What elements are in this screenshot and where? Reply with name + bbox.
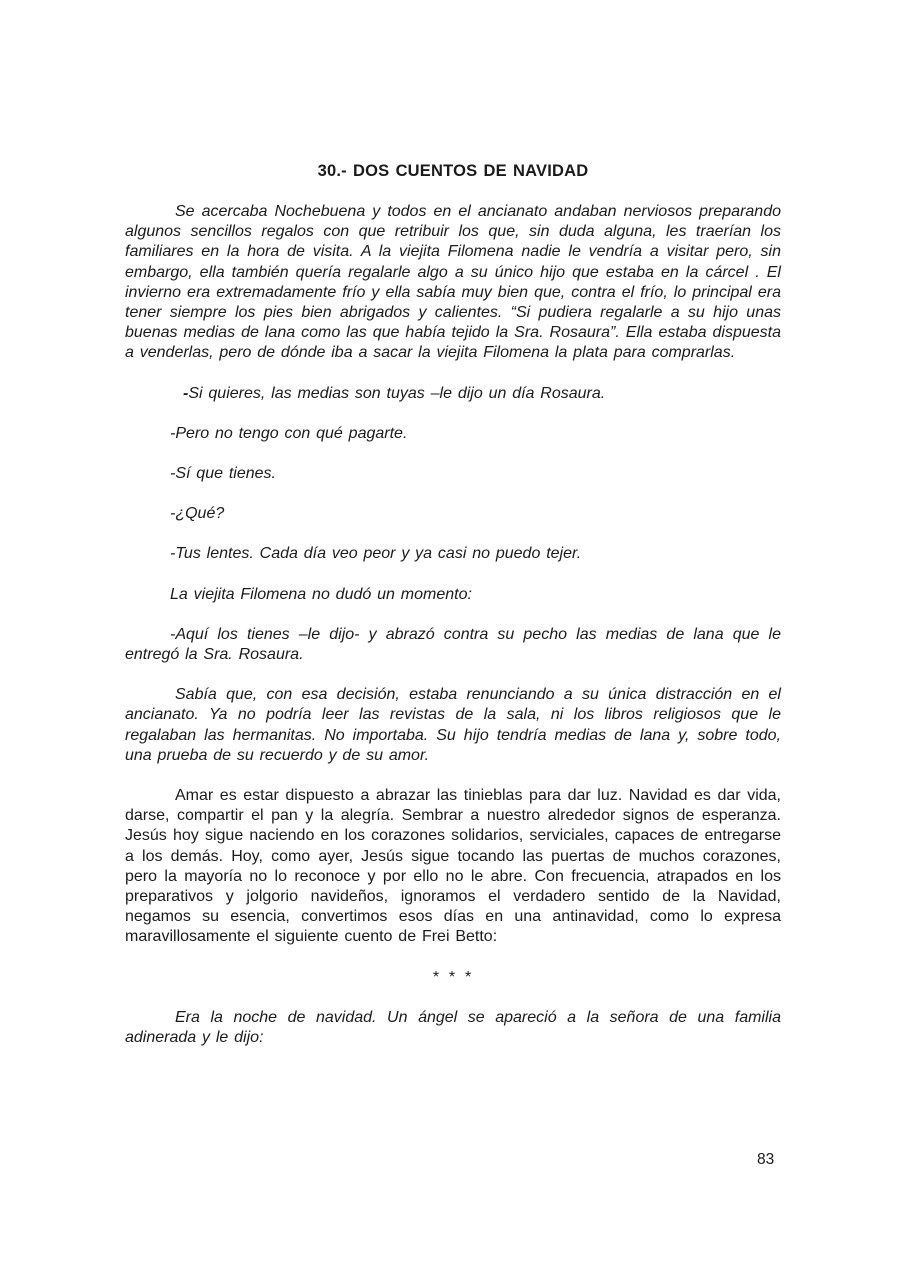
dialogue-line-5: -Tus lentes. Cada día veo peor y ya casi… [125,544,781,564]
dialogue-line-3: -Sí que tienes. [125,464,781,484]
dialogue-line-4: -¿Qué? [125,504,781,524]
story-paragraph-opening: Se acercaba Nochebuena y todos en el anc… [125,202,781,364]
dialogue-line-2: -Pero no tengo con qué pagarte. [125,424,781,444]
dialogue-line-1: -Si quieres, las medias son tuyas –le di… [125,384,781,404]
second-story-opening: Era la noche de navidad. Un ángel se apa… [125,1008,781,1048]
dialogue-line-6: -Aquí los tienes –le dijo- y abrazó cont… [125,625,781,665]
story-paragraph-closing: Sabía que, con esa decisión, estaba renu… [125,685,781,766]
asterisk-separator: * * * [125,968,781,988]
page-number: 83 [757,1151,774,1169]
document-page: 30.- DOS CUENTOS DE NAVIDAD Se acercaba … [0,0,905,1280]
narrative-line: La viejita Filomena no dudó un momento: [125,585,781,605]
dialogue-line-1-text: Si quieres, las medias son tuyas –le dij… [188,385,605,402]
section-title: 30.- DOS CUENTOS DE NAVIDAD [125,161,781,181]
document-content: 30.- DOS CUENTOS DE NAVIDAD Se acercaba … [125,161,781,1068]
reflection-paragraph: Amar es estar dispuesto a abrazar las ti… [125,786,781,948]
